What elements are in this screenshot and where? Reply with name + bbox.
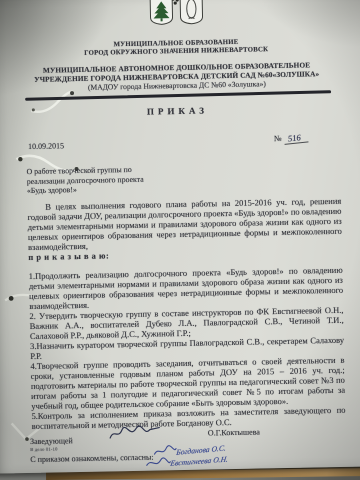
acknowledgment-line: С приказом ознакомлены, согласны:: [30, 453, 153, 464]
director-signature-scribble: [106, 424, 164, 443]
order-body: В целях выполнения годового плана работы…: [27, 196, 346, 431]
order-item-1: 1.Продолжить реализацию долгосрочного пр…: [29, 265, 344, 311]
nizhnevartovsk-coat-of-arms-icon: [142, 0, 211, 28]
order-subject: О работе творческой группы по реализации…: [27, 164, 198, 196]
document-photo: МУНИЦИПАЛЬНОЕ ОБРАЗОВАНИЕ ГОРОД ОКРУЖНОГ…: [0, 0, 360, 480]
subject-line: «Будь здоров!»: [27, 183, 197, 196]
signer-name: О.Г.Коктышева: [208, 427, 260, 437]
blue-signature-scribble: [144, 456, 172, 471]
order-number-field: № 516: [274, 132, 308, 144]
preamble-paragraph: В целях выполнения годового плана работы…: [27, 196, 342, 252]
number-label: №: [274, 134, 282, 143]
signer-position: Заведующей: [30, 436, 73, 446]
filing-note: В дело 01-10: [30, 446, 58, 452]
order-date: 10.09.2015: [28, 141, 64, 151]
handwritten-order-number: 516: [283, 131, 308, 144]
document-content: МУНИЦИПАЛЬНОЕ ОБРАЗОВАНИЕ ГОРОД ОКРУЖНОГ…: [0, 0, 360, 480]
order-item-4: 4.Творческой группе проводить заседания,…: [30, 355, 345, 411]
